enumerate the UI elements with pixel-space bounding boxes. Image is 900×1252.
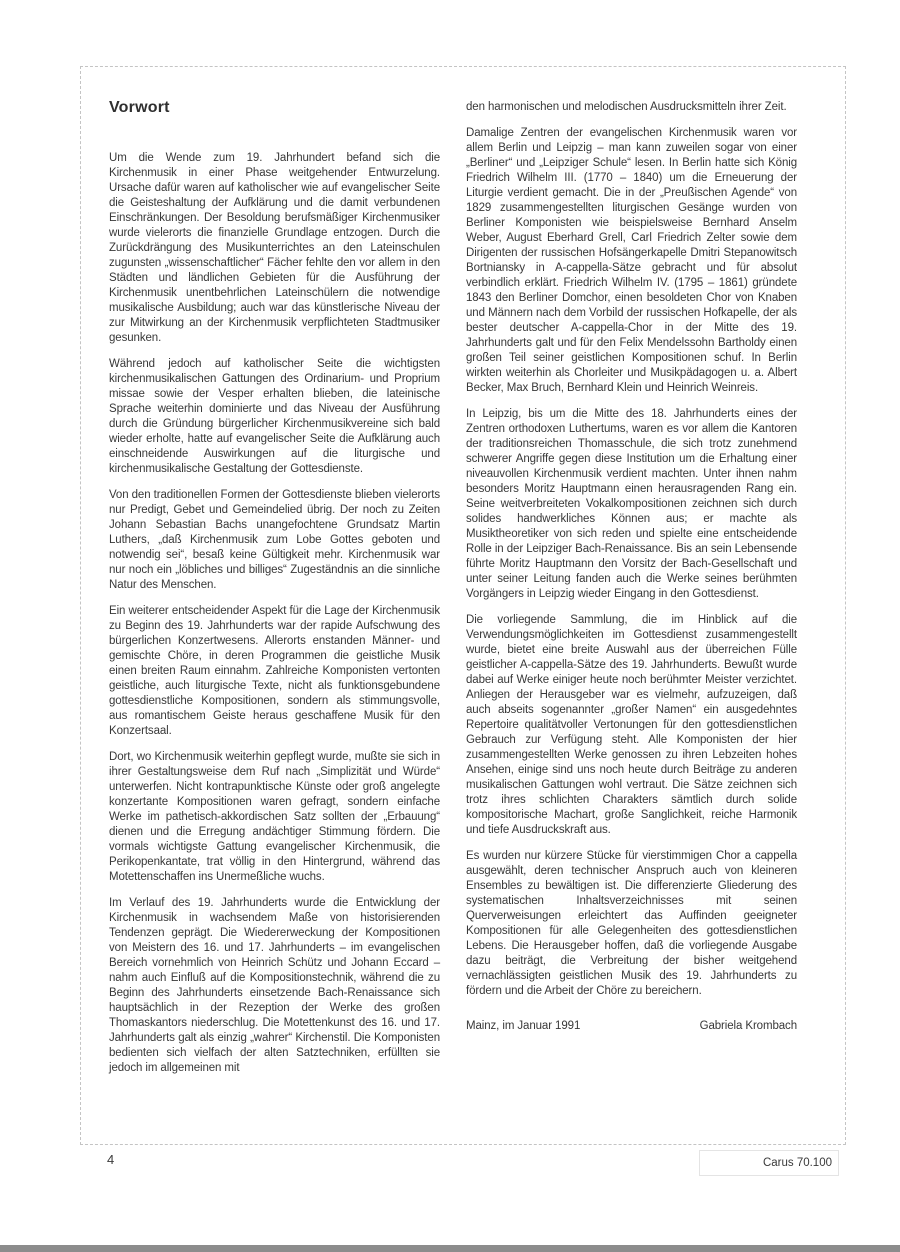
signoff-row: Mainz, im Januar 1991 Gabriela Krombach — [466, 1019, 797, 1034]
document-page: Vorwort Um die Wende zum 19. Jahrhundert… — [0, 0, 900, 1252]
body-paragraph: In Leipzig, bis um die Mitte des 18. Jah… — [466, 407, 797, 602]
signoff-author: Gabriela Krombach — [700, 1019, 797, 1034]
body-paragraph: Dort, wo Kirchenmusik weiterhin gepflegt… — [109, 750, 440, 885]
body-paragraph: Ein weiterer entscheidender Aspekt für d… — [109, 604, 440, 739]
body-paragraph: Damalige Zentren der evangelischen Kirch… — [466, 126, 797, 396]
window-bottom-edge-bar — [0, 1245, 900, 1252]
page-title: Vorwort — [109, 100, 440, 115]
catalog-number: Carus 70.100 — [763, 1157, 832, 1169]
left-text-column: Vorwort Um die Wende zum 19. Jahrhundert… — [109, 100, 440, 1087]
signoff-place-date: Mainz, im Januar 1991 — [466, 1019, 580, 1034]
catalog-number-box: Carus 70.100 — [699, 1150, 839, 1176]
body-paragraph: Die vorliegende Sammlung, die im Hinblic… — [466, 613, 797, 838]
right-text-column: den harmonischen und melodischen Ausdruc… — [466, 100, 797, 1034]
body-paragraph: Es wurden nur kürzere Stücke für viersti… — [466, 849, 797, 999]
body-paragraph: den harmonischen und melodischen Ausdruc… — [466, 100, 797, 115]
body-paragraph: Um die Wende zum 19. Jahrhundert befand … — [109, 151, 440, 346]
body-paragraph: Während jedoch auf katholischer Seite di… — [109, 357, 440, 477]
body-paragraph: Von den traditionellen Formen der Gottes… — [109, 488, 440, 593]
body-paragraph: Im Verlauf des 19. Jahrhunderts wurde di… — [109, 896, 440, 1076]
page-number: 4 — [107, 1152, 114, 1167]
